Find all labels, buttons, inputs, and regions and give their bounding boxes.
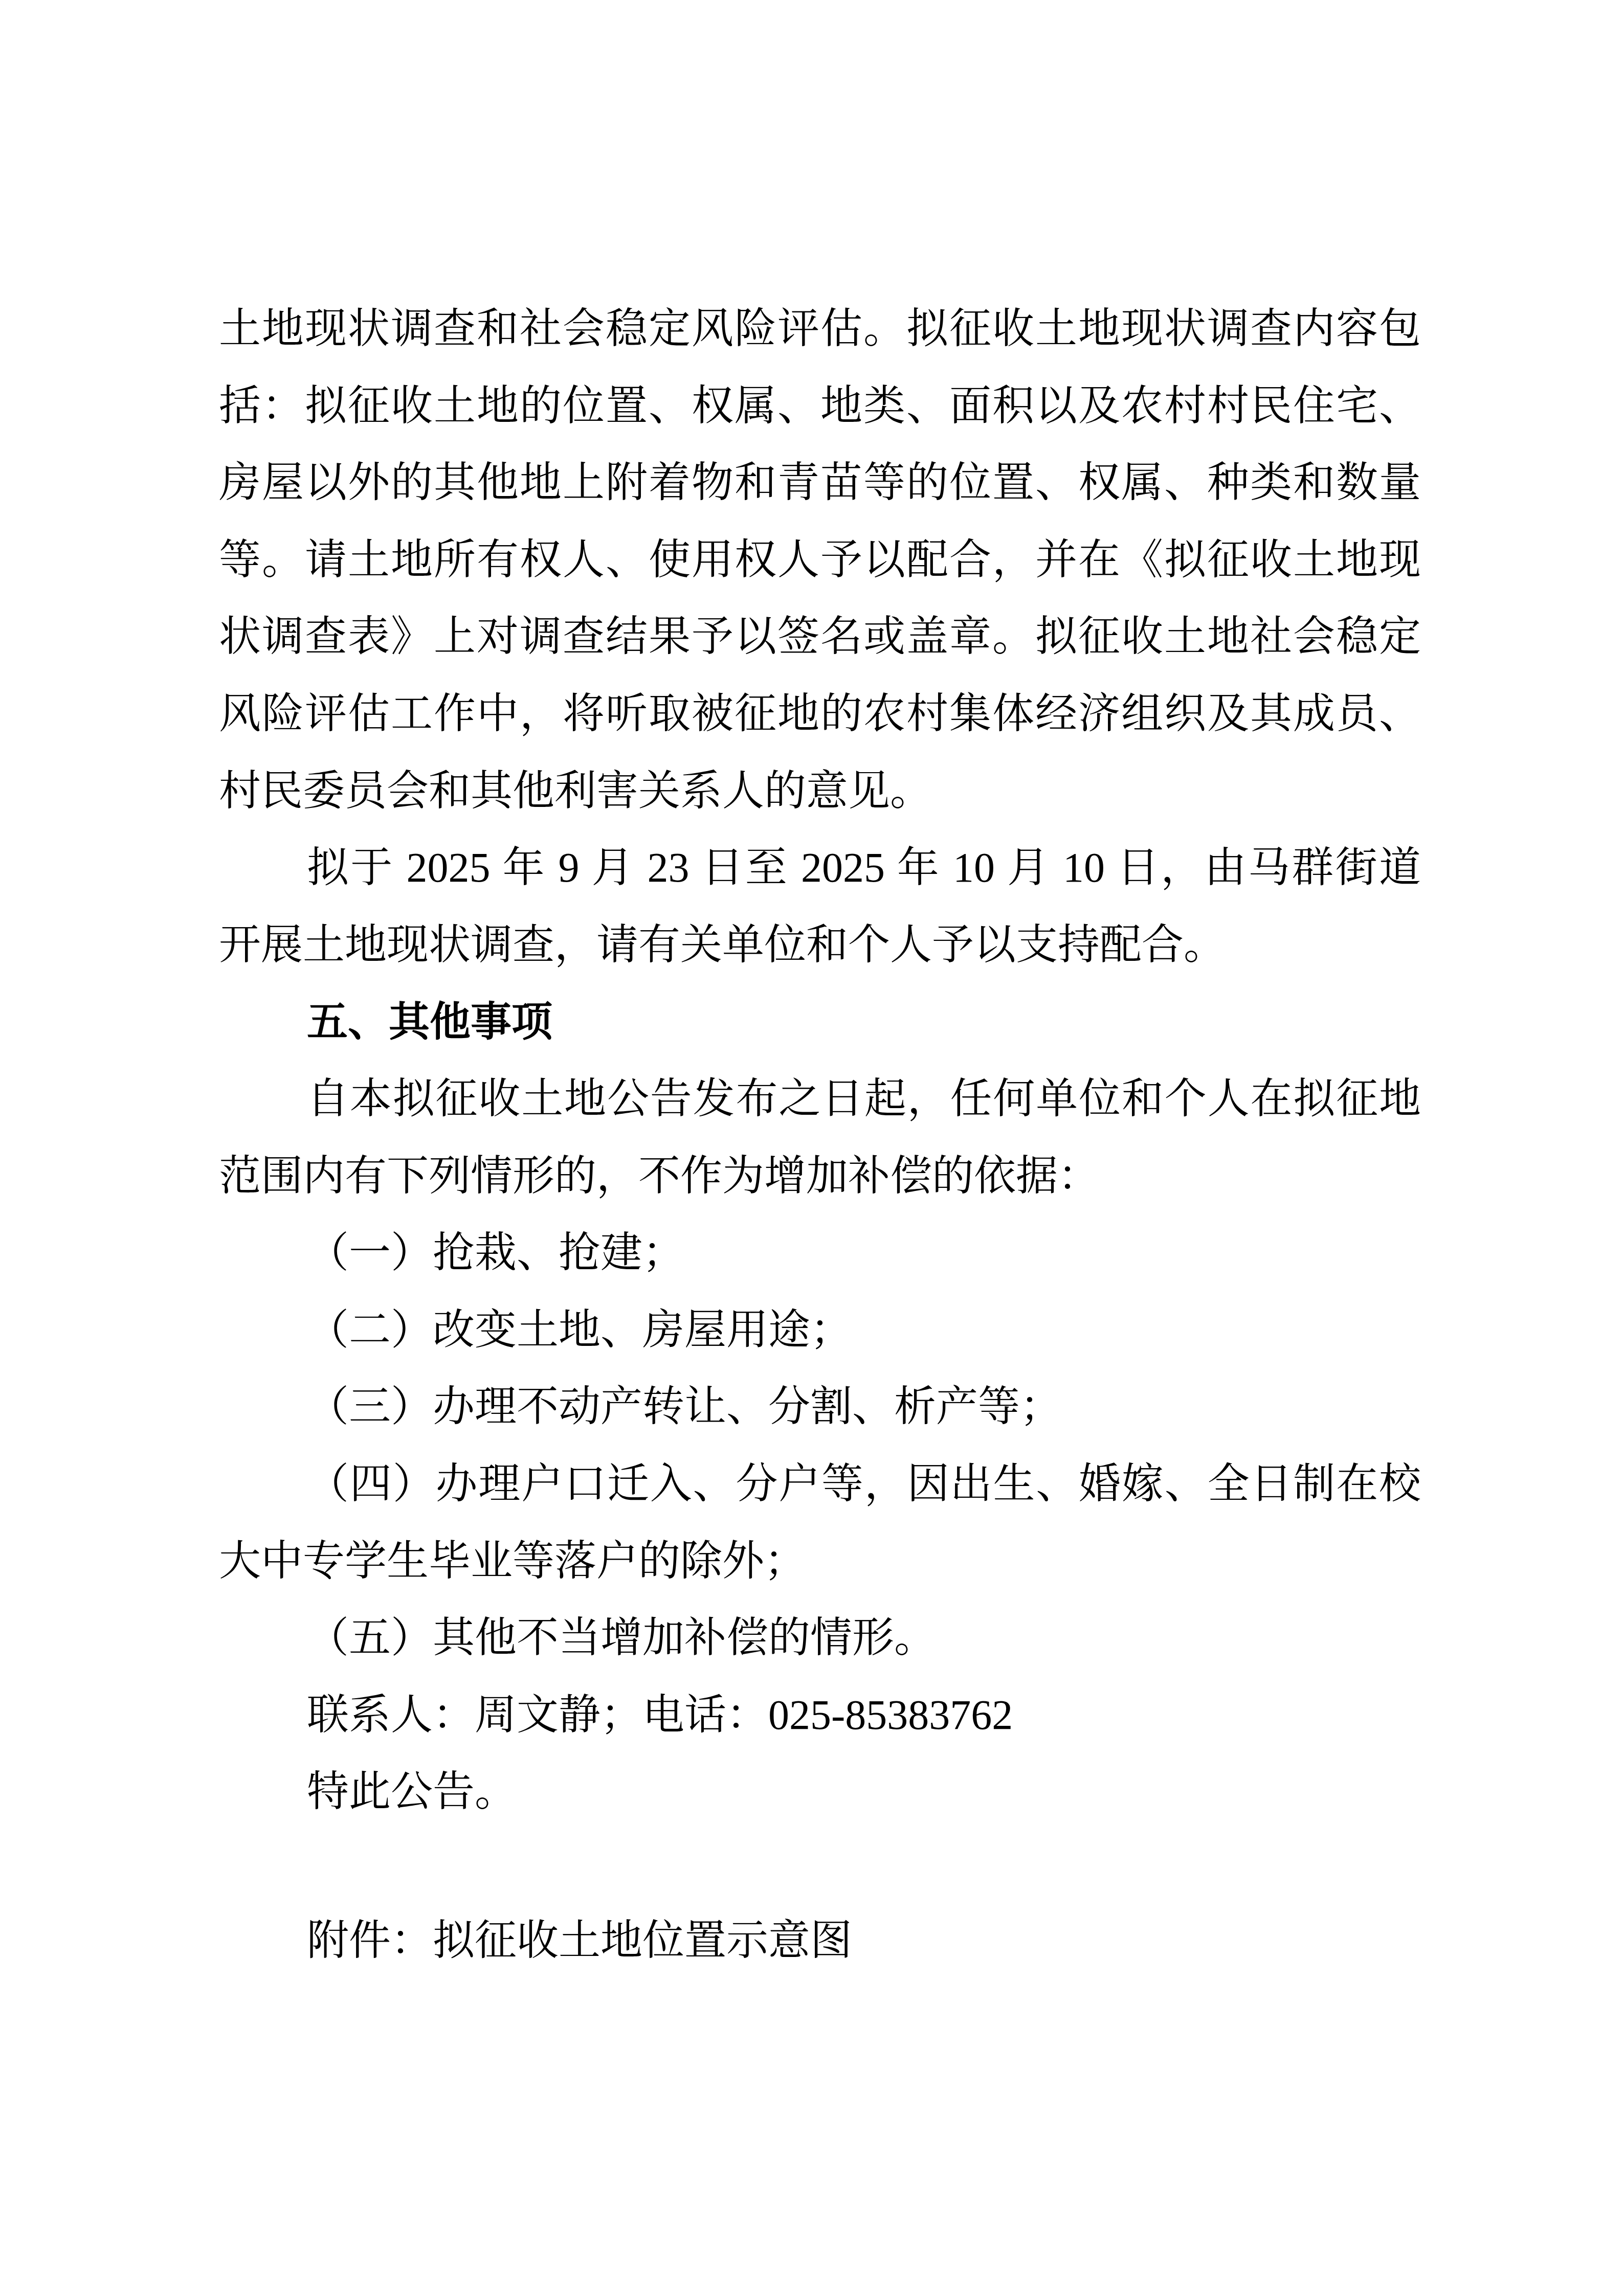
text-line: 开展土地现状调查，请有关单位和个人予以支持配合。 [219,907,1421,984]
contact-name: 周文静 [475,1691,600,1739]
contact-label: 联系人： [307,1691,475,1739]
phone-label: 电话： [642,1691,768,1739]
list-item-line: （一）抢栽、抢建； [219,1214,1421,1292]
text-line: 等。请土地所有权人、使用权人予以配合，并在《拟征收土地现 [219,522,1421,599]
text-line: 拟于 2025 年 9 月 23 日至 2025 年 10 月 10 日，由马群… [219,829,1421,907]
list-item-label: （二） [307,1305,433,1354]
contact-separator: ； [600,1691,642,1739]
list-item-line: （三）办理不动产转让、分割、析产等； [219,1368,1421,1446]
list-item-line: （四）办理户口迁入、分户等，因出生、婚嫁、全日制在校 [219,1446,1421,1523]
paragraph-other-matters-intro: 自本拟征收土地公告发布之日起，任何单位和个人在拟征地 范围内有下列情形的，不作为… [219,1061,1421,1214]
closing-text: 特此公告。 [219,1753,1421,1831]
attachment-label: 附件： [307,1916,433,1965]
list-item-label: （一） [307,1228,433,1277]
contact-line: 联系人：周文静；电话：025-85383762 [219,1677,1421,1754]
list-item: （五）其他不当增加补偿的情形。 [219,1600,1421,1677]
list-item-text: 办理户口迁入、分户等，因出生、婚嫁、全日制在校 [436,1459,1421,1508]
list-item-text: 抢栽、抢建； [433,1228,684,1277]
list-item-text: 办理不动产转让、分割、析产等； [433,1382,1062,1431]
list-item-text: 改变土地、房屋用途； [433,1305,852,1354]
attachment-line: 附件：拟征收土地位置示意图 [219,1902,1421,1979]
document-body: 土地现状调查和社会稳定风险评估。拟征收土地现状调查内容包 括：拟征收土地的位置、… [219,290,1421,1979]
text-line: 村民委员会和其他利害关系人的意见。 [219,753,1421,830]
list-item: （一）抢栽、抢建； [219,1214,1421,1292]
text-line: 括：拟征收土地的位置、权属、地类、面积以及农村村民住宅、 [219,368,1421,445]
text-line: 房屋以外的其他地上附着物和青苗等的位置、权属、种类和数量 [219,444,1421,522]
phone-number: 025-85383762 [768,1692,1013,1738]
blank-line [219,1831,1421,1902]
list-item-text: 其他不当增加补偿的情形。 [433,1613,936,1662]
list-item-label: （四） [307,1459,436,1508]
list-item: （四）办理户口迁入、分户等，因出生、婚嫁、全日制在校 大中专学生毕业等落户的除外… [219,1446,1421,1600]
text-line: 土地现状调查和社会稳定风险评估。拟征收土地现状调查内容包 [219,290,1421,368]
list-item: （三）办理不动产转让、分割、析产等； [219,1368,1421,1446]
list-item-label: （三） [307,1382,433,1431]
list-item: （二）改变土地、房屋用途； [219,1292,1421,1369]
attachment-title: 拟征收土地位置示意图 [433,1916,852,1965]
section-heading-other-matters: 五、其他事项 [219,983,1421,1061]
paragraph-survey-intro: 土地现状调查和社会稳定风险评估。拟征收土地现状调查内容包 括：拟征收土地的位置、… [219,290,1421,829]
paragraph-survey-schedule: 拟于 2025 年 9 月 23 日至 2025 年 10 月 10 日，由马群… [219,829,1421,983]
list-item-line: （二）改变土地、房屋用途； [219,1292,1421,1369]
document-page: 土地现状调查和社会稳定风险评估。拟征收土地现状调查内容包 括：拟征收土地的位置、… [0,0,1624,2296]
list-item-line: （五）其他不当增加补偿的情形。 [219,1600,1421,1677]
list-item-line: 大中专学生毕业等落户的除外； [219,1523,1421,1600]
text-line: 状调查表》上对调查结果予以签名或盖章。拟征收土地社会稳定 [219,598,1421,676]
text-line: 范围内有下列情形的，不作为增加补偿的依据： [219,1138,1421,1215]
text-line: 风险评估工作中，将听取被征地的农村集体经济组织及其成员、 [219,676,1421,753]
list-item-label: （五） [307,1613,433,1662]
text-line: 自本拟征收土地公告发布之日起，任何单位和个人在拟征地 [219,1061,1421,1138]
